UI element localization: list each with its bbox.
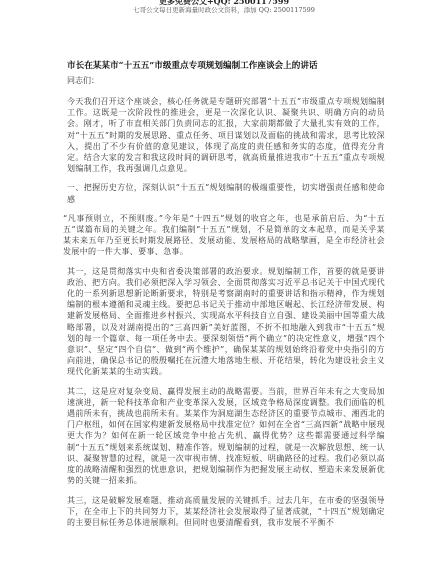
document-title: 市长在某某市“十五五”市级重点专项规划编制工作座谈会上的讲话 bbox=[67, 60, 385, 72]
paragraph-intro: 今天我们召开这个座谈会，核心任务就是专题研究部署“十五五”市级重点专项规划编制工… bbox=[67, 96, 385, 174]
promo-subline: 七哥公文每日更新海量时政公文资料，添加 QQ: 2500117599 bbox=[0, 6, 448, 15]
page-header: 更多免费公文+QQ: 2500117599 七哥公文每日更新海量时政公文资料，添… bbox=[0, 0, 448, 15]
paragraph-point-3: 其三，这是破解发展难题、推动高质量发展的关键抓手。过去几年，在市委的坚强领导下，… bbox=[67, 495, 385, 529]
promo-line: 更多免费公文+QQ: 2500117599 bbox=[0, 0, 448, 5]
document-body: 市长在某某市“十五五”市级重点专项规划编制工作座谈会上的讲话 同志们： 今天我们… bbox=[67, 60, 385, 536]
section-heading-1: 一、把握历史方位，深刻认识“十五五”规划编制的极端重要性，切实增强责任感和使命感 bbox=[67, 182, 385, 204]
paragraph-point-2: 其二，这是应对复杂变局、赢得发展主动的战略需要。当前，世界百年未有之大变局加速演… bbox=[67, 386, 385, 487]
paragraph-quote: “凡事预则立，不预则废。”今年是“十四五”规划的收官之年，也是承前启后、为“十五… bbox=[63, 213, 385, 258]
paragraph-point-1: 其一，这是贯彻落实中央和省委决策部署的政治要求。规划编制工作，首要的就是要讲政治… bbox=[67, 266, 385, 378]
salutation: 同志们： bbox=[67, 75, 385, 86]
